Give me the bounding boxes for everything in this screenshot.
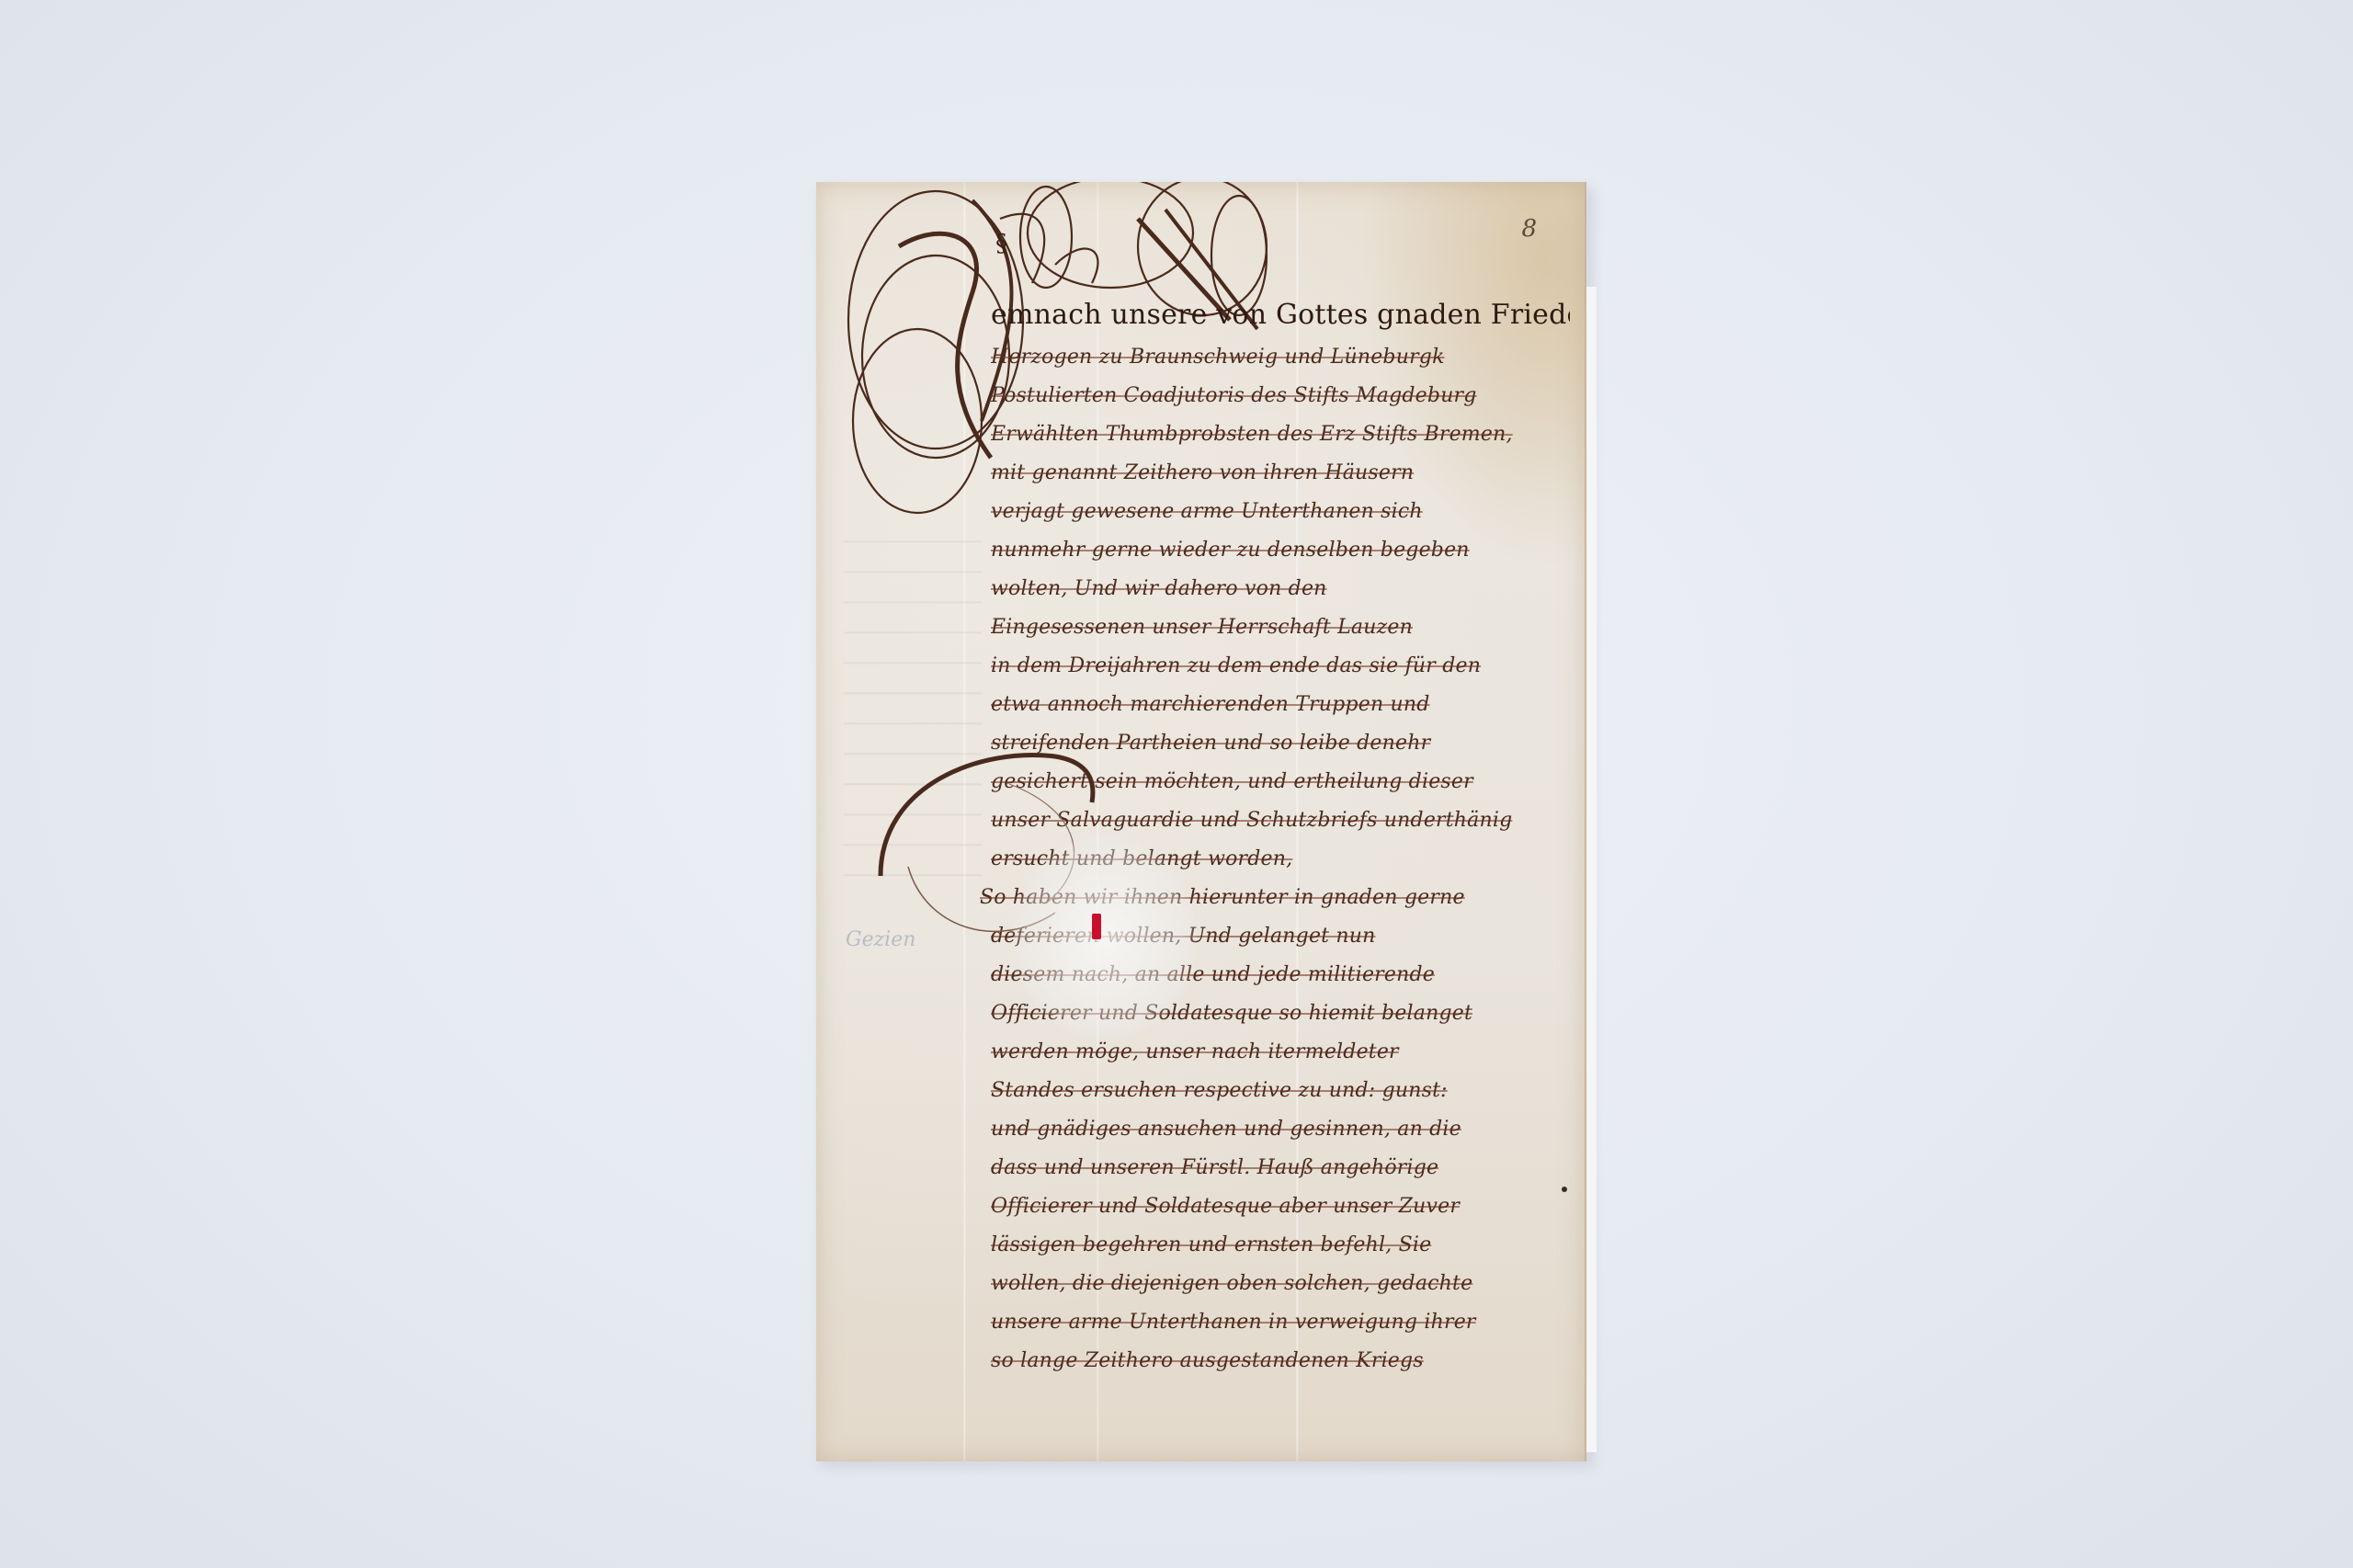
paper-seal-impression — [1013, 836, 1197, 1039]
text-line: und gnädiges ansuchen und gesinnen, an d… — [991, 1110, 1570, 1149]
text-line: wollen, die diejenigen oben solchen, ged… — [991, 1265, 1570, 1303]
text-line: Postulierten Coadjutoris des Stifts Magd… — [991, 377, 1570, 415]
text-line: Standes ersuchen respective zu und: guns… — [991, 1072, 1570, 1110]
page-number: 8 — [1521, 215, 1537, 243]
text-line: verjagt gewesene arme Unterthanen sich — [991, 493, 1570, 531]
text-line: werden möge, unser nach itermeldeter — [991, 1033, 1570, 1072]
text-line: dass und unseren Fürstl. Hauß angehörige — [991, 1149, 1570, 1187]
text-line: unsere arme Unterthanen in verweigung ih… — [991, 1303, 1570, 1342]
bleed-through-margin-note: Gezien — [846, 928, 915, 951]
text-line: Herzogen zu Braunschweig und Lüneburgk — [991, 338, 1570, 377]
text-line: mit genannt Zeithero von ihren Häusern — [991, 454, 1570, 493]
text-line: etwa annoch marchierenden Truppen und — [991, 686, 1570, 724]
text-line: wolten, Und wir dahero von den — [991, 570, 1570, 608]
text-line: Officierer und Soldatesque aber unser Zu… — [991, 1187, 1570, 1226]
text-line: nunmehr gerne wieder zu denselben begebe… — [991, 531, 1570, 570]
text-line: Erwählten Thumbprobsten des Erz Stifts B… — [991, 415, 1570, 454]
svg-text:§: § — [995, 230, 1007, 257]
text-line: emnach unsere von Gottes gnaden Friederi… — [991, 292, 1570, 338]
text-line: so lange Zeithero ausgestandenen Kriegs — [991, 1342, 1570, 1381]
text-line: in dem Dreijahren zu dem ende das sie fü… — [991, 647, 1570, 686]
red-wax-fragment — [1092, 914, 1101, 939]
text-line: Eingesessenen unser Herrschaft Lauzen — [991, 608, 1570, 647]
manuscript-page: § 8 emnach unsere von Gottes gnaden Frie… — [816, 182, 1586, 1461]
end-mark — [1562, 1187, 1567, 1192]
text-line: lässigen begehren und ernsten befehl, Si… — [991, 1226, 1570, 1265]
